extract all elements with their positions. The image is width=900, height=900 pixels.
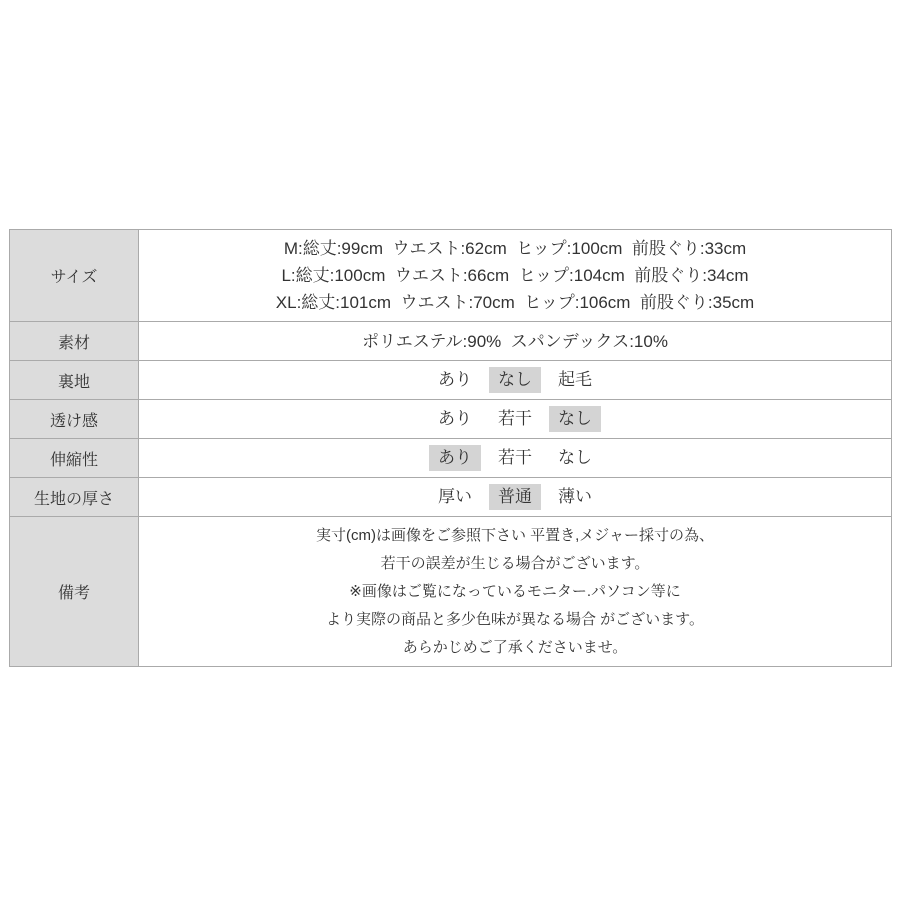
product-spec-page: サイズM:総丈:99cm ウエスト:62cm ヒップ:100cm 前股ぐり:33… [0, 0, 900, 900]
spec-row-value-size: M:総丈:99cm ウエスト:62cm ヒップ:100cm 前股ぐり:33cmL… [139, 230, 892, 322]
spec-row-value-sheerness: あり若干なし [139, 400, 892, 439]
spec-row-label-sheerness: 透け感 [10, 400, 139, 439]
spec-option: 若干 [489, 406, 541, 432]
spec-option: あり [429, 406, 481, 432]
spec-options-group: 厚い普通薄い [139, 484, 891, 510]
spec-row-label-notes: 備考 [10, 517, 139, 667]
spec-options-group: あり若干なし [139, 406, 891, 432]
spec-text-line: 若干の誤差が生じる場合がございます。 [139, 550, 891, 578]
spec-row-size: サイズM:総丈:99cm ウエスト:62cm ヒップ:100cm 前股ぐり:33… [10, 230, 892, 322]
spec-option: 若干 [489, 445, 541, 471]
spec-text-line: ※画像はご覧になっているモニター.パソコン等に [139, 578, 891, 606]
spec-option-selected: なし [549, 406, 601, 432]
spec-option: あり [429, 367, 481, 393]
spec-row-value-lining: ありなし起毛 [139, 361, 892, 400]
spec-row-thickness: 生地の厚さ厚い普通薄い [10, 478, 892, 517]
spec-row-label-size: サイズ [10, 230, 139, 322]
spec-row-notes: 備考実寸(cm)は画像をご参照下さい 平置き,メジャー採寸の為、若干の誤差が生じ… [10, 517, 892, 667]
spec-row-label-lining: 裏地 [10, 361, 139, 400]
spec-option-selected: あり [429, 445, 481, 471]
spec-option: 厚い [429, 484, 481, 510]
spec-text-line: ポリエステル:90% スパンデックス:10% [139, 328, 891, 355]
spec-row-value-notes: 実寸(cm)は画像をご参照下さい 平置き,メジャー採寸の為、若干の誤差が生じる場… [139, 517, 892, 667]
spec-row-value-stretch: あり若干なし [139, 439, 892, 478]
spec-option: なし [549, 445, 601, 471]
spec-row-label-thickness: 生地の厚さ [10, 478, 139, 517]
spec-text-line: XL:総丈:101cm ウエスト:70cm ヒップ:106cm 前股ぐり:35c… [139, 289, 891, 316]
spec-text-line: より実際の商品と多少色味が異なる場合 がございます。 [139, 606, 891, 634]
spec-row-label-stretch: 伸縮性 [10, 439, 139, 478]
spec-row-stretch: 伸縮性あり若干なし [10, 439, 892, 478]
spec-text-line: あらかじめご了承くださいませ。 [139, 634, 891, 662]
spec-row-sheerness: 透け感あり若干なし [10, 400, 892, 439]
spec-option: 起毛 [549, 367, 601, 393]
spec-table-body: サイズM:総丈:99cm ウエスト:62cm ヒップ:100cm 前股ぐり:33… [10, 230, 892, 667]
spec-row-material: 素材ポリエステル:90% スパンデックス:10% [10, 322, 892, 361]
product-spec-table: サイズM:総丈:99cm ウエスト:62cm ヒップ:100cm 前股ぐり:33… [9, 229, 892, 667]
spec-option: 薄い [549, 484, 601, 510]
spec-text-line: 実寸(cm)は画像をご参照下さい 平置き,メジャー採寸の為、 [139, 522, 891, 550]
spec-options-group: ありなし起毛 [139, 367, 891, 393]
spec-option-selected: 普通 [489, 484, 541, 510]
spec-row-lining: 裏地ありなし起毛 [10, 361, 892, 400]
spec-option-selected: なし [489, 367, 541, 393]
spec-options-group: あり若干なし [139, 445, 891, 471]
spec-row-label-material: 素材 [10, 322, 139, 361]
spec-text-line: M:総丈:99cm ウエスト:62cm ヒップ:100cm 前股ぐり:33cm [139, 235, 891, 262]
spec-text-line: L:総丈:100cm ウエスト:66cm ヒップ:104cm 前股ぐり:34cm [139, 262, 891, 289]
spec-row-value-thickness: 厚い普通薄い [139, 478, 892, 517]
spec-row-value-material: ポリエステル:90% スパンデックス:10% [139, 322, 892, 361]
